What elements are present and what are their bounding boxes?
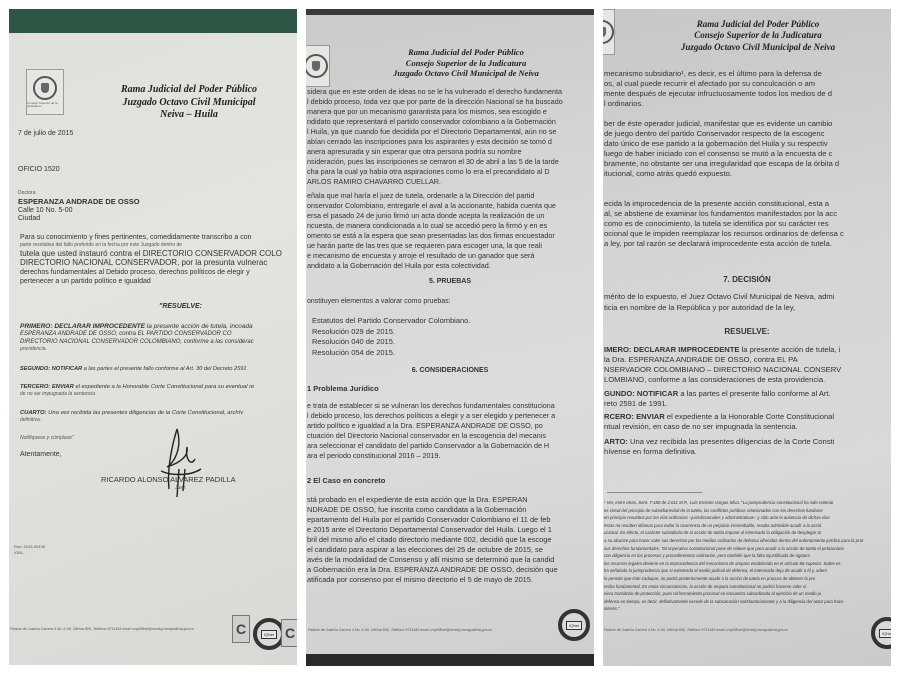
text-line: e trata de establecer si se vulneran los…: [307, 401, 555, 410]
text-line: de no ser impugnada la sentencia: [20, 391, 95, 398]
recipient-name: ESPERANZA ANDRADE DE OSSO: [18, 197, 140, 206]
section-title-pruebas: 5. PRUEBAS: [306, 277, 594, 286]
order-verb: DECLARAR IMPROCEDENTE: [54, 323, 145, 330]
text-line: el expediente a la Honorable Corte Const…: [75, 384, 254, 390]
page-footer: Palacio de Justicia Carrera 4 No. 6-99, …: [604, 628, 788, 632]
background-strip: [306, 654, 594, 666]
text-line: ber de éste operador judicial, manifesta…: [604, 119, 832, 128]
text-line: pertenecer a un partido político e igual…: [20, 277, 151, 286]
text-line: a ley, por tal razón se declarará improc…: [604, 239, 832, 248]
text-line: ue harán parte de las tres que se requie…: [307, 241, 542, 250]
text-line: NSERVADOR COLOMBIANO – DIRECTORIO NACION…: [604, 365, 841, 374]
order-label: ARTO:: [604, 437, 628, 446]
footnote-divider: [607, 492, 702, 493]
icontec-certification-icon: C: [281, 619, 297, 647]
text-line: itucional, como atrás quedó expuesto.: [604, 169, 732, 178]
letterhead-line: Consejo Superior de la Judicatura: [366, 58, 566, 69]
document-page-oficio: Consejo Superior de la Judicatura Rama J…: [9, 9, 297, 665]
judiciary-seal-icon: [306, 45, 330, 87]
text-line: omento se está a la espera que sean pres…: [307, 231, 555, 240]
closing-quote: Notifíquese y cúmplase": [20, 435, 74, 442]
order-label: TERCERO:: [20, 384, 50, 390]
text-line: DIRECTORIO NACIONAL CONSERVADOR COLOMBIA…: [20, 338, 254, 347]
text-line: cha para la cual ya había otra aspiracio…: [307, 167, 550, 176]
text-line: reto 2591 de 1991.: [604, 399, 668, 408]
text-line: ersa el pasado 24 de junio firmó un acta…: [307, 211, 544, 220]
text-line: NDRADE DE OSSO, fue inscrita como candid…: [307, 505, 526, 514]
text-line: a las partes el presente fallo conforme …: [680, 389, 830, 398]
text-line: artido político e igualdad a la Dra. ESP…: [307, 421, 543, 430]
iqnet-label: IQNet: [261, 630, 277, 639]
signer-title: Juez: [175, 485, 186, 492]
letterhead: Rama Judicial del Poder Público Consejo …: [653, 19, 863, 53]
text-line: ocional que le impiden reemplazar los re…: [604, 229, 844, 238]
order-item: RCERO: ENVIAR el expediente a la Honorab…: [604, 412, 834, 421]
order-label: RCERO:: [604, 412, 634, 421]
text-line: bril del mismo año el citado directorio …: [307, 535, 551, 544]
text-line: derechos fundamentales al Debido proceso…: [20, 268, 250, 277]
text-line: eñala que mal haría el juez de tutela, o…: [307, 191, 534, 200]
text-line: e 2015 ante el Directorio Departamental …: [307, 525, 552, 534]
text-line: mecanismo subsidiario¹, es decir, es el …: [604, 69, 822, 78]
text-line: Una vez recibida las presentes diligenci…: [48, 410, 243, 416]
resuelve-heading: RESUELVE:: [603, 327, 891, 336]
text-line: nsideración, pues las inscripciones se c…: [307, 157, 559, 166]
text-line: os, al cual puede recurrir el afectado p…: [604, 79, 815, 88]
text-line: parte resolutiva del fallo proferido en …: [20, 242, 182, 249]
order-verb: ENVIAR: [636, 412, 665, 421]
text-line: ntual revisión, en caso de no ser impugn…: [604, 422, 798, 431]
iqnet-label: IQNet: [566, 621, 582, 630]
page-footer: Palacio de Justicia Carrera 4 No. 6-99, …: [10, 627, 194, 631]
order-item: GUNDO: NOTIFICAR a las partes el present…: [604, 389, 831, 398]
recipient-city: Ciudad: [18, 214, 40, 223]
letterhead-line: Rama Judicial del Poder Público: [653, 19, 863, 30]
document-page-sentencia-decision: Rama Judicial del Poder Público Consejo …: [603, 9, 891, 666]
text-line: ara el periodo constitucional 2016 – 201…: [307, 451, 440, 460]
text-line: a Gobernación era la Dra. ESPERANZA ANDR…: [307, 565, 558, 574]
signer-name: RICARDO ALONSO ALVAREZ PADILLA: [101, 475, 236, 484]
text-line: dato único de ese partido a la gobernaci…: [604, 139, 828, 148]
text-line: ctuación del Directorio Nacional conserv…: [307, 431, 546, 440]
text-line: ARLOS RAMIRO CHAVARRO CUELLAR.: [307, 177, 441, 186]
order-item: IMERO: DECLARAR IMPROCEDENTE la presente…: [604, 345, 840, 354]
closing: Atentamente,: [20, 450, 62, 459]
letterhead-line: Consejo Superior de la Judicatura: [653, 30, 863, 41]
text-line: definitiva.: [20, 417, 41, 424]
text-line: el expediente a la Honorable Corte Const…: [667, 412, 834, 421]
text-line: ncuesta, de manera condicionada a lo cua…: [307, 221, 547, 230]
salutation: Doctora: [18, 190, 36, 197]
coat-of-arms-icon: [603, 20, 614, 44]
text-line: epartamento del Huila por el partido Con…: [307, 515, 551, 524]
letterhead-line: Neiva – Huila: [104, 109, 274, 122]
judiciary-seal-icon: [603, 9, 615, 55]
text-line: Una vez recibida las presentes diligenci…: [630, 437, 834, 446]
letterhead-line: Rama Judicial del Poder Público: [104, 84, 274, 97]
letterhead: Rama Judicial del Poder Público Juzgado …: [104, 84, 274, 122]
text-line: luego de haber iniciado con el consenso …: [604, 149, 832, 158]
text-line: LOMBIANO, conforme a las consideraciones…: [604, 375, 825, 384]
text-line: sidera que en este orden de ideas no se …: [307, 87, 562, 96]
text-line: l debido proceso, toda vez que por parte…: [307, 97, 563, 106]
coat-of-arms-icon: [33, 76, 57, 100]
text-line: ecida la improcedencia de la presente ac…: [604, 199, 829, 208]
text-line: el candidato para aspirar a las eleccion…: [307, 545, 543, 554]
section-title-consideraciones: 6. CONSIDERACIONES: [306, 366, 594, 375]
text-line: avés de la modalidad de Consenso y allí …: [307, 555, 554, 564]
judiciary-seal-icon: Consejo Superior de la Judicatura: [26, 69, 64, 115]
resuelve-heading: "RESUELVE:: [159, 302, 202, 311]
text-line: la presente acción de tutela, i: [742, 345, 841, 354]
order-item: ARTO: Una vez recibida las presentes dil…: [604, 437, 834, 446]
text-line: ndidato que representará el partido cons…: [307, 117, 556, 126]
subsection-title-caso-concreto: 2 El Caso en concreto: [307, 476, 385, 485]
iqnet-label: IQNet: [879, 629, 891, 638]
seal-caption: Consejo Superior de la Judicatura: [27, 102, 63, 108]
text-line: l Huila, ya que cuando fue decidida por …: [307, 127, 556, 136]
text-line: la presente acción de tutela, incoada: [147, 323, 253, 330]
text-line: ticia en nombre de la República y por au…: [604, 303, 795, 312]
letterhead: Rama Judicial del Poder Público Consejo …: [366, 47, 566, 79]
text-line: providencia.: [20, 346, 47, 353]
order-verb: DECLARAR IMPROCEDENTE: [634, 345, 740, 354]
coat-of-arms-icon: [306, 54, 328, 78]
text-line: e mecanismo de encuesta y arroje el resu…: [307, 251, 534, 260]
letterhead-line: Juzgado Octavo Civil Municipal de Neiva: [653, 42, 863, 53]
background-strip: [306, 9, 594, 15]
document-date: 7 de julio de 2015: [18, 129, 73, 138]
evidence-item: Resolución 029 de 2015.: [312, 327, 395, 336]
reference-initials: /OBL-: [14, 549, 24, 556]
order-label: PRIMERO:: [20, 323, 53, 330]
text-line: como es de conocimiento, la tutela se id…: [604, 219, 829, 228]
text-line: a las partes el presente fallo conforme …: [84, 366, 247, 372]
page-footer: Palacio de Justicia Carrera 4 No. 6-99, …: [308, 628, 492, 632]
evidence-item: Resolución 040 de 2015.: [312, 337, 395, 346]
text-line: stá probado en el expediente de esta acc…: [307, 495, 528, 504]
text-line: de juego dentro del partido Conservador …: [604, 129, 824, 138]
order-label: GUNDO:: [604, 389, 635, 398]
text-line: onservador Colombiano, entregarle el ava…: [307, 201, 556, 210]
order-label: SEGUNDO:: [20, 366, 50, 372]
letterhead-line: Juzgado Octavo Civil Municipal: [104, 97, 274, 110]
text-line: mérito de lo expuesto, el Juez Octavo Ci…: [604, 292, 834, 301]
text-line: manera que por un mecanismo garantista p…: [307, 107, 547, 116]
text-line: atificada por consenso por el mismo dire…: [307, 575, 533, 584]
iqnet-certification-icon: IQNet: [558, 609, 590, 641]
background-strip: [9, 9, 297, 33]
order-label: IMERO:: [604, 345, 631, 354]
subsection-title-problema-juridico: 1 Problema Jurídico: [307, 384, 379, 393]
text-line: l ordinarios.: [604, 99, 643, 108]
letterhead-line: Juzgado Octavo Civil Municipal de Neiva: [366, 68, 566, 79]
evidence-item: Resolución 054 de 2015.: [312, 348, 395, 357]
order-verb: NOTIFICAR: [637, 389, 678, 398]
order-label: CUARTO:: [20, 410, 47, 416]
text-line: tutela que usted instauró contra el DIRE…: [20, 249, 282, 258]
text-line: bramente, no obstante ser una irregulari…: [604, 159, 839, 168]
oficio-number: OFICIO 1520: [18, 165, 60, 174]
order-verb: ENVIAR: [52, 384, 74, 390]
section-title-decision: 7. DECISIÓN: [603, 275, 891, 284]
text-line: la Dra. ESPERANZA ANDRADE DE OSSO, contr…: [604, 355, 798, 364]
text-line: l debido proceso, los derechos políticos…: [307, 411, 555, 420]
text-line: Para su conocimiento y fines pertinentes…: [20, 233, 252, 242]
pruebas-intro: onstituyen elementos a valorar como prue…: [307, 297, 451, 306]
text-line: hívense en forma definitiva.: [604, 447, 697, 456]
text-line: ara seleccionar el candidato del partido…: [307, 441, 549, 450]
evidence-item: Estatutos del Partido Conservador Colomb…: [312, 316, 470, 325]
text-line: andidato a la Gobernación del Huila por …: [307, 261, 491, 270]
document-page-sentencia-consideraciones: Rama Judicial del Poder Público Consejo …: [306, 9, 594, 666]
letterhead-line: Rama Judicial del Poder Público: [366, 47, 566, 58]
icontec-certification-icon: C: [232, 615, 250, 643]
text-line: al, se abstiene de examinar los fundamen…: [604, 209, 837, 218]
text-line: interés.": [604, 604, 620, 613]
text-line: defensa en tiempo, es decir, definitivam…: [604, 597, 843, 606]
text-line: abían cerrado las inscripciones para los…: [307, 137, 552, 146]
text-line: DIRECTORIO NACIONAL CONSERVADOR, por la …: [20, 258, 267, 267]
order-verb: NOTIFICAR: [52, 366, 82, 372]
text-line: anera apresurada y sin esperar que otra …: [307, 147, 522, 156]
text-line: mente después de ejecutar infructuosamen…: [604, 89, 832, 98]
iqnet-certification-icon: IQNet: [871, 617, 891, 649]
